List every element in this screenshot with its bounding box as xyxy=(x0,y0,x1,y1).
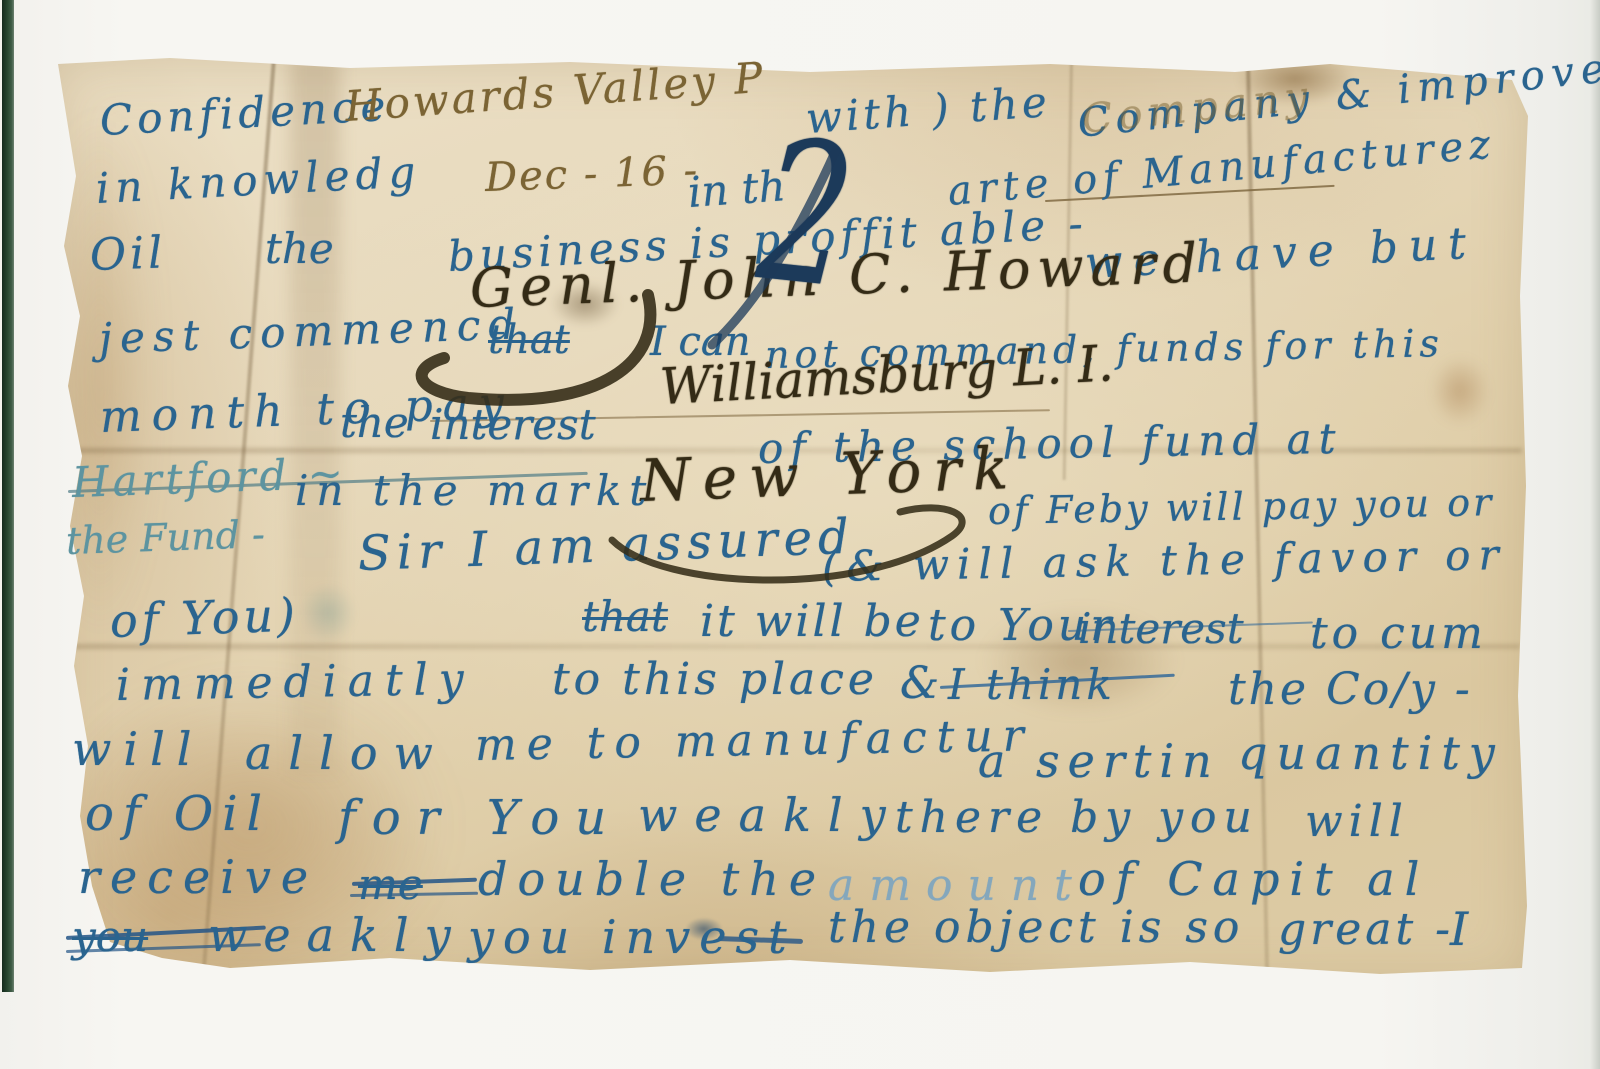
dateline-place: Howards Valley P xyxy=(344,57,767,128)
word-i: I xyxy=(1450,906,1468,952)
word-allow: allow xyxy=(245,730,449,776)
word-thereby-you: there by you xyxy=(895,796,1259,840)
word-object-is-so: the object is so xyxy=(828,906,1244,950)
word-of-you: of You) xyxy=(109,591,299,644)
word-a-certain: a sertin xyxy=(978,738,1220,784)
overwritten-company: Company xyxy=(1080,76,1315,140)
address-state: New York xyxy=(639,439,1021,510)
word-great: great - xyxy=(1278,908,1454,952)
word-in-the-market: in the markt xyxy=(295,470,654,512)
word-of-feby-pay-you: of Feby will pay you or xyxy=(988,483,1495,530)
word-interest-2: interest xyxy=(1078,608,1244,650)
word-that-struck: that xyxy=(488,320,570,360)
handwriting-layer: ConfidenceHowards Valley Pwith ) theComp… xyxy=(0,0,1600,1069)
word-double-the: double the xyxy=(478,856,826,902)
word-me-to-manufacture: me to manufactur xyxy=(475,714,1034,768)
word-of-capital: of Capit al xyxy=(1078,856,1429,902)
word-will: will xyxy=(72,726,204,772)
word-quantity: quantity xyxy=(1238,730,1504,776)
scan-background: { "page":{ "background_color":"#f6f5f1",… xyxy=(0,0,1600,1069)
word-oil: Oil xyxy=(89,231,167,278)
word-to-this-place: to this place xyxy=(552,658,878,702)
word-me-struck: me xyxy=(358,864,423,906)
word-the: the xyxy=(265,228,334,270)
word-weekly: weakly xyxy=(638,792,903,838)
word-you-struck: you xyxy=(72,916,148,958)
word-to-cum: to cum xyxy=(1310,612,1487,656)
word-ampersand: & xyxy=(900,662,939,706)
dateline-date: Dec - 16 - xyxy=(484,151,699,198)
word-jest-commenced: jest commencd xyxy=(98,303,524,360)
word-immediately: immediatly xyxy=(116,658,475,708)
word-weekly-2: weakly xyxy=(208,912,467,958)
word-you-invest: you invest xyxy=(468,914,796,960)
word-for-you: for You xyxy=(338,794,622,842)
word-in-knowledg: in knowledg xyxy=(95,151,422,210)
word-it-will-be: it will be xyxy=(700,600,924,644)
word-sir-i-am-assured: Sir I am assured xyxy=(357,513,855,578)
word-i-think-struck: I think xyxy=(948,664,1116,706)
word-interest: interest xyxy=(430,404,596,446)
word-arts-of-manufactures: arte of Manufacturez xyxy=(946,124,1498,212)
word-the-fund: the Fund - xyxy=(65,515,265,560)
word-the-company: the Co/y - xyxy=(1228,668,1473,712)
word-will-2: will xyxy=(1305,800,1409,844)
word-the-2: the xyxy=(340,402,409,444)
word-that-struck-2: that xyxy=(582,596,668,638)
word-of-oil: of Oil xyxy=(85,790,271,838)
word-will-ask-favor: (& will ask the favor or xyxy=(822,534,1507,588)
word-receive: receive xyxy=(78,854,318,900)
